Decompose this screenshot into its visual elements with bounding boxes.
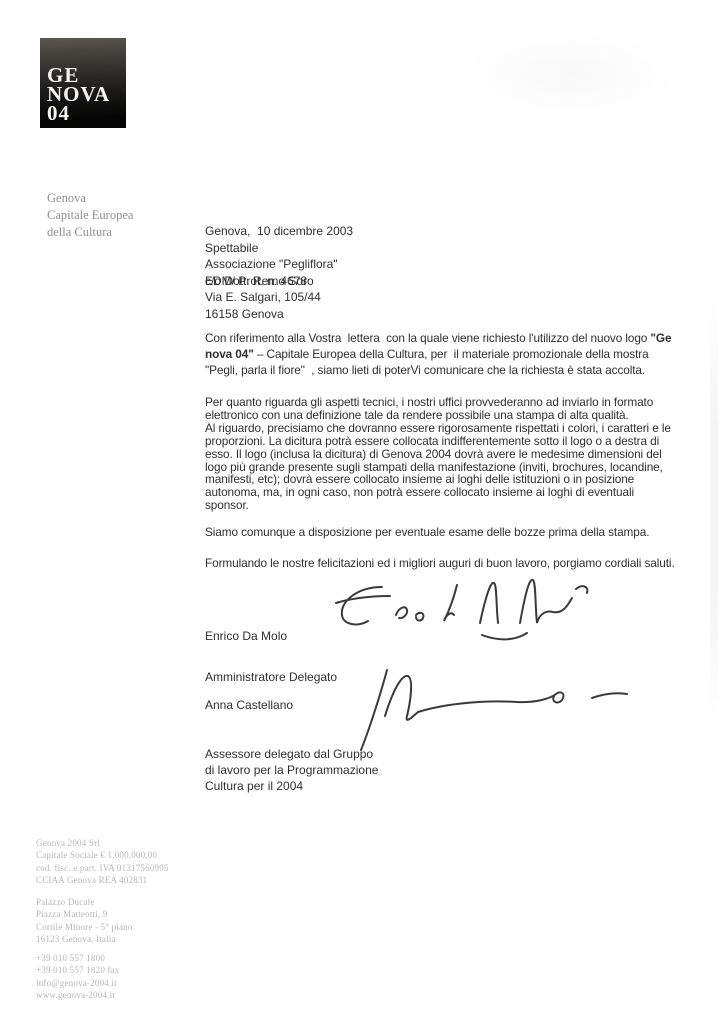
recipient-line: 16158 Genova xyxy=(205,306,338,322)
signer-name: Anna Castellano xyxy=(205,697,378,713)
scan-smudge xyxy=(460,30,680,120)
footer-contacts: +39 010 557 1800+39 010 557 1820 faxinfo… xyxy=(36,952,120,1002)
genova04-logo: GE NOVA 04 xyxy=(40,38,126,128)
letterhead-tagline: GenovaCapitale Europeadella Cultura xyxy=(47,190,133,240)
body-paragraph-4: Formulando le nostre felicitazioni ed i … xyxy=(205,556,675,570)
signer-block-anna-castellano: Anna Castellano Assessore delegato dal G… xyxy=(205,665,378,827)
footer-line: Piazza Matteotti, 9 xyxy=(36,908,133,920)
recipient-line: Spettabile xyxy=(205,240,338,256)
body-paragraph-3: Siamo comunque a disposizione per eventu… xyxy=(205,525,649,539)
signer-title-line: di lavoro per la Programmazione xyxy=(205,762,378,778)
signature-ink xyxy=(330,573,610,651)
recipient-line: Associazione "Pegliflora" xyxy=(205,256,338,272)
footer-line: www.genova-2004.it xyxy=(36,989,120,1001)
body-line: sponsor. xyxy=(205,499,671,512)
footer-line: Cortile Minore - 5° piano xyxy=(36,921,133,933)
recipient-line: c/o Dott. Remo Soro xyxy=(205,273,338,289)
body-line: "Pegli, parla il fiore" , siamo lieti di… xyxy=(205,363,671,379)
footer-company-info: Genova 2004 SrlCapitale Sociale € 1.000.… xyxy=(36,837,169,887)
footer-line: cod. fisc. e part. IVA 01317560995 xyxy=(36,862,169,874)
body-paragraph-2: Per quanto riguarda gli aspetti tecnici,… xyxy=(205,396,671,512)
logo-line-04: 04 xyxy=(47,104,126,123)
footer-line: +39 010 557 1800 xyxy=(36,952,120,964)
date-line: Genova, 10 dicembre 2003 xyxy=(205,223,353,240)
recipient-line: Via E. Salgari, 105/44 xyxy=(205,289,338,305)
body-line: Con riferimento alla Vostra lettera con … xyxy=(205,331,671,347)
tagline-line: Capitale Europea xyxy=(47,207,133,224)
footer-line: Genova 2004 Srl xyxy=(36,837,169,849)
signature-anna-castellano xyxy=(355,658,645,754)
scan-smudge xyxy=(710,300,718,720)
footer-line: Palazzo Ducale xyxy=(36,896,133,908)
signer-name: Enrico Da Molo xyxy=(205,630,337,644)
footer-line: Capitale Sociale € 1.000.000,00 xyxy=(36,849,169,861)
footer-line: +39 010 557 1820 fax xyxy=(36,964,120,976)
signature-ink xyxy=(355,658,645,754)
body-paragraph-1: Con riferimento alla Vostra lettera con … xyxy=(205,331,671,379)
recipient-address-block: SpettabileAssociazione "Pegliflora"c/o D… xyxy=(205,240,338,322)
signer-title-line: Assessore delegato dal Gruppo xyxy=(205,746,378,762)
body-line: autonoma, ma, in ogni caso, non potrà es… xyxy=(205,486,671,499)
signature-enrico-da-molo xyxy=(330,573,610,651)
signer-title-line: Cultura per il 2004 xyxy=(205,778,378,794)
footer-line: info@genova-2004.it xyxy=(36,977,120,989)
tagline-line: della Cultura xyxy=(47,224,133,241)
footer-line: CCIAA Genova REA 402831 xyxy=(36,874,169,886)
footer-postal-address: Palazzo DucalePiazza Matteotti, 9Cortile… xyxy=(36,896,133,946)
scanned-letter-page: GE NOVA 04 GenovaCapitale Europeadella C… xyxy=(0,0,720,1024)
tagline-line: Genova xyxy=(47,190,133,207)
body-line: nova 04" – Capitale Europea della Cultur… xyxy=(205,347,671,363)
footer-line: 16123 Genova, Italia xyxy=(36,933,133,945)
